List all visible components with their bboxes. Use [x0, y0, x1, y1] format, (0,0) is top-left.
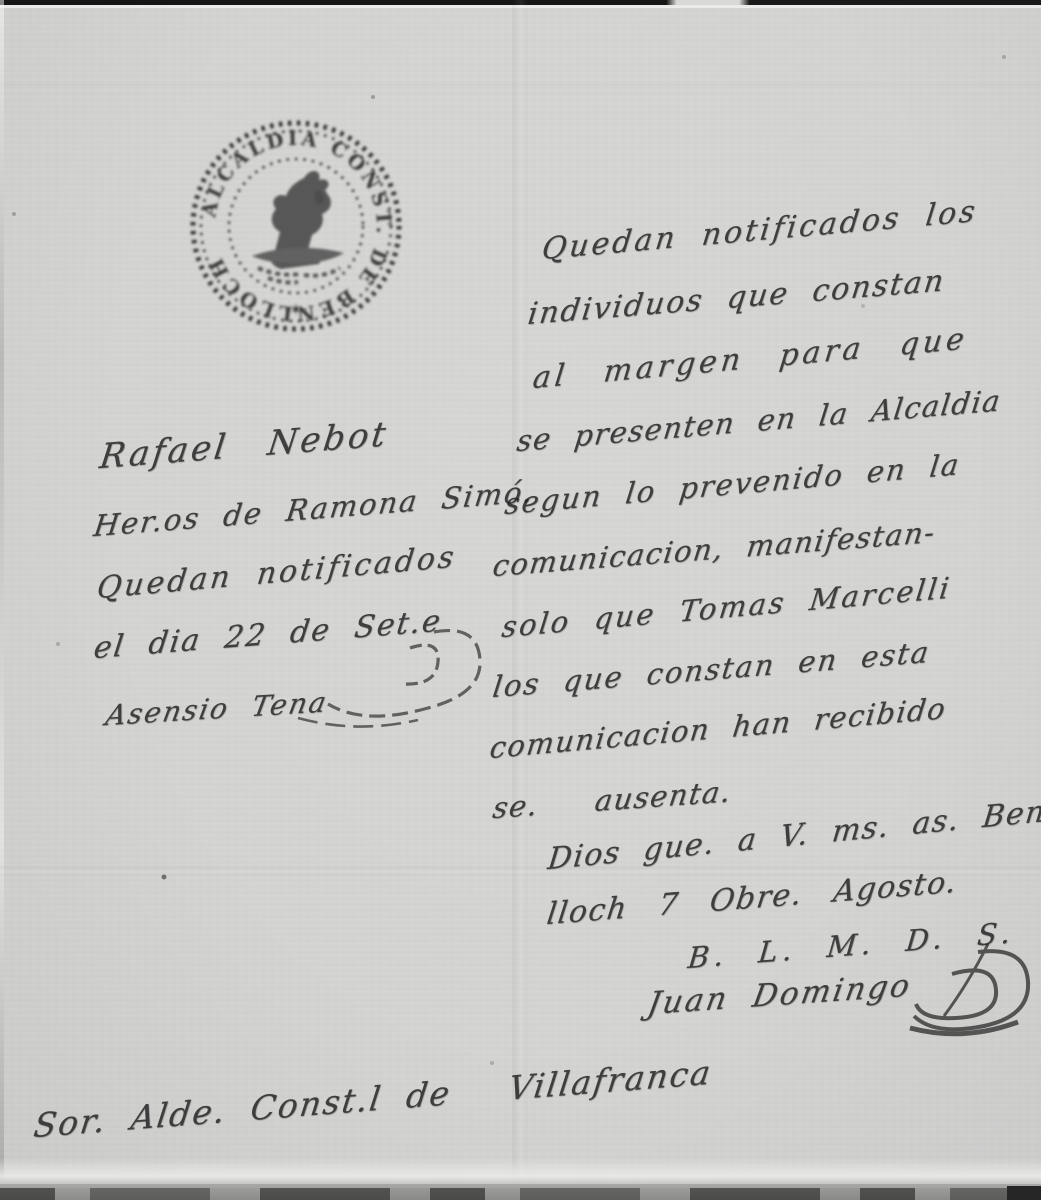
fold-crease-horizontal-top — [0, 84, 1041, 93]
addressee-title: Sor. Alde. Const.l de — [31, 1073, 453, 1145]
margin-line-name-1: Rafael Nebot — [97, 414, 391, 477]
signature: Juan Domingo — [645, 967, 915, 1022]
body-line: los que constan en esta — [491, 635, 933, 705]
municipal-stamp: ALCALDIA CONST. DE BENLLOCH ·✶· — [188, 118, 404, 334]
margin-signature: Asensio Tena — [103, 685, 331, 732]
body-line: se. ausenta. — [491, 774, 735, 825]
scanned-document-page: ALCALDIA CONST. DE BENLLOCH ·✶· Rafael N… — [0, 0, 1041, 1200]
body-line: se presenten en la Alcaldia — [515, 383, 1003, 458]
closing-date-line: lloch 7 Obre. Agosto. — [545, 864, 960, 932]
addressee-place: Villafranca — [506, 1052, 714, 1108]
closing-blm-line: B. L. M. D. S. S. — [686, 910, 1041, 975]
body-line: comunicacion han recibido — [488, 691, 948, 765]
addressee-line: Sor. Alde. Const.l deVillafranca — [31, 1052, 714, 1145]
body-line: segun lo prevenido en la — [503, 447, 963, 521]
fold-crease-vertical — [512, 0, 528, 1200]
stamp-bottom-mark: ·✶· — [284, 300, 308, 319]
margin-line-date: el dia 22 de Set.e — [92, 603, 445, 666]
addressee-gap — [450, 1100, 508, 1105]
margin-line-notified: Quedan notificados — [95, 539, 459, 606]
body-line: solo que Tomas Marcelli — [500, 570, 953, 644]
stamp-emblem — [252, 171, 344, 282]
scan-edge-bottom-corner — [1007, 1186, 1041, 1200]
scan-edge-left — [0, 0, 4, 1200]
body-line: comunicacion, manifestan- — [491, 515, 938, 584]
scan-edge-top-highlight — [0, 5, 1041, 8]
scan-edge-bottom-highlight — [0, 1158, 1041, 1184]
body-line: individuos que constan — [526, 263, 948, 332]
paper-speckles — [0, 0, 2, 2]
body-line: al margen para que — [531, 321, 970, 396]
margin-line-name-2: Her.os de Ramona Simó. — [92, 474, 537, 543]
body-line: Quedan notificados los — [540, 194, 980, 268]
scan-edge-bottom-blotches — [0, 1188, 1041, 1200]
